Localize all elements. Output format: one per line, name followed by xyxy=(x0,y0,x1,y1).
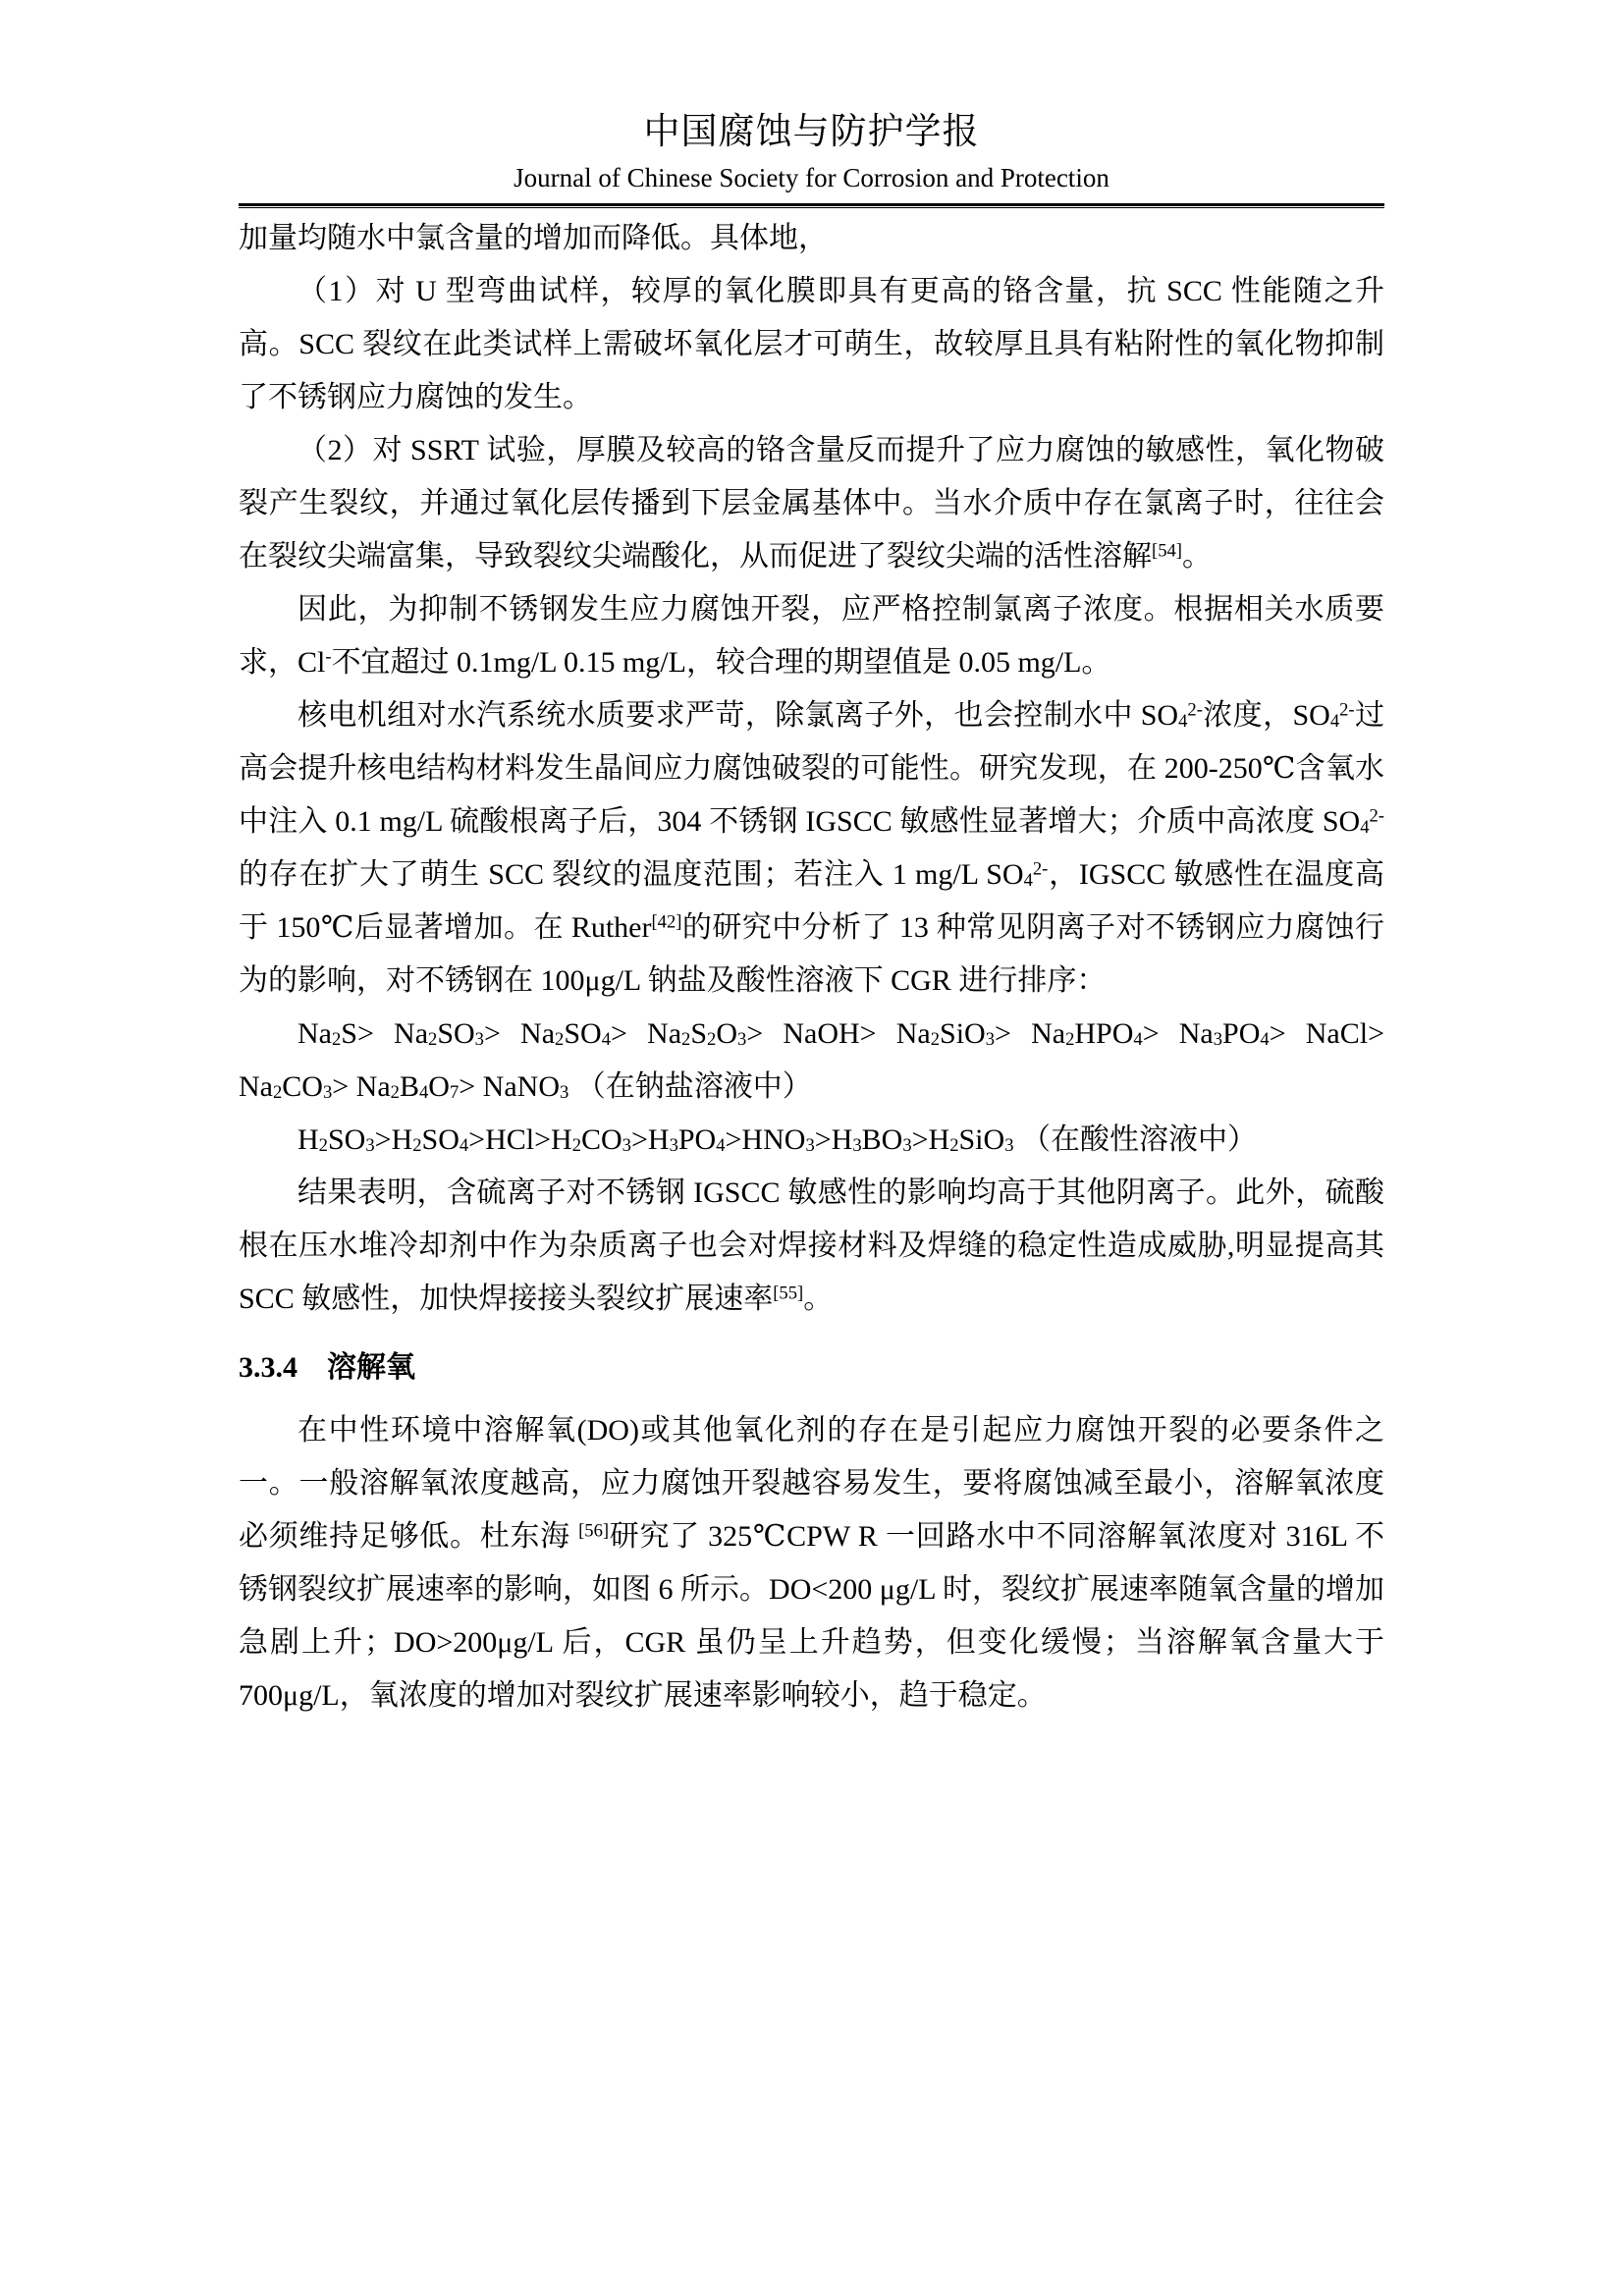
text-run: > Na xyxy=(1143,1017,1214,1050)
text-run: H xyxy=(298,1123,319,1156)
paragraph: 核电机组对水汽系统水质要求严苛，除氯离子外，也会控制水中 SO42-浓度，SO4… xyxy=(239,689,1384,1008)
text-run: BO xyxy=(862,1123,903,1156)
text-run: >H xyxy=(912,1123,950,1156)
subscript: 4 xyxy=(1260,1029,1269,1050)
text-run: 3.3.4 溶解氧 xyxy=(239,1351,415,1384)
subscript: 2 xyxy=(707,1029,716,1050)
text-run: HPO xyxy=(1074,1017,1133,1050)
subscript: 3 xyxy=(323,1082,332,1103)
subscript: 2 xyxy=(949,1135,958,1156)
paragraph: （2）对 SSRT 试验，厚膜及较高的铬含量反而提升了应力腐蚀的敏感性，氧化物破… xyxy=(239,424,1384,583)
text-run: > Na xyxy=(332,1070,390,1103)
text-run: Na xyxy=(298,1017,332,1050)
paragraph: H2SO3>H2SO4>HCl>H2CO3>H3PO4>HNO3>H3BO3>H… xyxy=(239,1114,1384,1167)
paragraph: Na2S> Na2SO3> Na2SO4> Na2S2O3> NaOH> Na2… xyxy=(239,1008,1384,1114)
text-run: （在钠盐溶液中） xyxy=(568,1070,812,1103)
subscript: 3 xyxy=(560,1082,568,1103)
subscript: 4 xyxy=(602,1029,611,1050)
subscript: 4 xyxy=(1024,870,1033,891)
subscript: 3 xyxy=(622,1135,631,1156)
superscript: [56] xyxy=(578,1521,609,1542)
text-run: 的存在扩大了萌生 SCC 裂纹的温度范围；若注入 1 mg/L SO xyxy=(239,858,1024,891)
text-run: >HNO xyxy=(726,1123,806,1156)
subscript: 3 xyxy=(1214,1029,1222,1050)
subscript: 2 xyxy=(681,1029,690,1050)
text-run: > NaOH> Na xyxy=(746,1017,930,1050)
subscript: 2 xyxy=(428,1029,437,1050)
text-run: > Na xyxy=(995,1017,1065,1050)
text-run: SiO xyxy=(959,1123,1005,1156)
text-run: CO xyxy=(581,1123,622,1156)
text-run: O xyxy=(716,1017,737,1050)
text-run: >H xyxy=(631,1123,670,1156)
subscript: 7 xyxy=(450,1082,459,1103)
paragraph: 结果表明，含硫离子对不锈钢 IGSCC 敏感性的影响均高于其他阴离子。此外，硫酸… xyxy=(239,1167,1384,1326)
superscript: 2- xyxy=(1339,700,1355,721)
text-run: > NaNO xyxy=(459,1070,560,1103)
superscript: 2- xyxy=(1187,700,1203,721)
section-heading: 3.3.4 溶解氧 xyxy=(239,1341,1384,1394)
text-run: 加量均随水中氯含量的增加而降低。具体地， xyxy=(239,222,828,254)
text-run: SO xyxy=(328,1123,365,1156)
text-run: PO xyxy=(678,1123,716,1156)
text-run: CO xyxy=(282,1070,323,1103)
text-run: （在酸性溶液中） xyxy=(1013,1123,1257,1156)
paragraph: 在中性环境中溶解氧(DO)或其他氧化剂的存在是引起应力腐蚀开裂的必要条件之一。一… xyxy=(239,1404,1384,1722)
text-run: 浓度，SO xyxy=(1203,699,1330,732)
text-run: O xyxy=(428,1070,450,1103)
text-run: SO xyxy=(564,1017,601,1050)
subscript: 2 xyxy=(391,1082,400,1103)
paragraph: （1）对 U 型弯曲试样，较厚的氧化膜即具有更高的铬含量，抗 SCC 性能随之升… xyxy=(239,265,1384,424)
subscript: 3 xyxy=(986,1029,995,1050)
subscript: 2 xyxy=(572,1135,581,1156)
text-run: 不宜超过 0.1mg/L 0.15 mg/L，较合理的期望值是 0.05 mg/… xyxy=(332,646,1111,679)
superscript: 2- xyxy=(1370,806,1385,827)
journal-title-chinese: 中国腐蚀与防护学报 xyxy=(0,110,1623,155)
subscript: 4 xyxy=(1178,711,1187,732)
subscript: 3 xyxy=(805,1135,814,1156)
text-run: SO xyxy=(422,1123,460,1156)
subscript: 4 xyxy=(419,1082,428,1103)
subscript: 3 xyxy=(902,1135,911,1156)
text-run: SO xyxy=(437,1017,474,1050)
subscript: 2 xyxy=(273,1082,282,1103)
text-run: S> Na xyxy=(341,1017,428,1050)
journal-header: 中国腐蚀与防护学报 Journal of Chinese Society for… xyxy=(0,0,1623,208)
subscript: 3 xyxy=(737,1029,746,1050)
text-run: 。 xyxy=(1182,540,1212,573)
paragraph: 加量均随水中氯含量的增加而降低。具体地， xyxy=(239,212,1384,265)
subscript: 4 xyxy=(716,1135,725,1156)
subscript: 3 xyxy=(475,1029,484,1050)
text-run: S xyxy=(690,1017,707,1050)
text-run: > Na xyxy=(611,1017,681,1050)
text-run: 。 xyxy=(803,1283,833,1315)
superscript: [42] xyxy=(651,912,681,933)
paragraph: 因此，为抑制不锈钢发生应力腐蚀开裂，应严格控制氯离子浓度。根据相关水质要求，Cl… xyxy=(239,583,1384,689)
document-body: 加量均随水中氯含量的增加而降低。具体地，（1）对 U 型弯曲试样，较厚的氧化膜即… xyxy=(239,212,1384,1722)
journal-title-english: Journal of Chinese Society for Corrosion… xyxy=(0,161,1623,194)
subscript: 2 xyxy=(319,1135,328,1156)
subscript: 2 xyxy=(412,1135,421,1156)
superscript: [54] xyxy=(1152,541,1182,562)
subscript: 2 xyxy=(1065,1029,1074,1050)
text-run: （1）对 U 型弯曲试样，较厚的氧化膜即具有更高的铬含量，抗 SCC 性能随之升… xyxy=(239,275,1384,413)
text-run: PO xyxy=(1222,1017,1260,1050)
subscript: 4 xyxy=(1360,817,1369,838)
text-run: 核电机组对水汽系统水质要求严苛，除氯离子外，也会控制水中 SO xyxy=(298,699,1178,732)
subscript: 3 xyxy=(365,1135,374,1156)
subscript: 2 xyxy=(931,1029,940,1050)
subscript: 3 xyxy=(852,1135,861,1156)
subscript: 3 xyxy=(670,1135,678,1156)
superscript: [55] xyxy=(773,1284,803,1304)
text-run: （2）对 SSRT 试验，厚膜及较高的铬含量反而提升了应力腐蚀的敏感性，氧化物破… xyxy=(239,434,1384,573)
subscript: 4 xyxy=(1133,1029,1142,1050)
header-divider xyxy=(239,203,1384,208)
subscript: 4 xyxy=(1330,711,1339,732)
superscript: 2- xyxy=(1033,859,1049,880)
text-run: >H xyxy=(815,1123,853,1156)
subscript: 2 xyxy=(555,1029,564,1050)
subscript: 2 xyxy=(332,1029,341,1050)
text-run: >H xyxy=(375,1123,413,1156)
subscript: 4 xyxy=(460,1135,468,1156)
text-run: >HCl>H xyxy=(468,1123,572,1156)
text-run: SiO xyxy=(940,1017,986,1050)
text-run: B xyxy=(400,1070,419,1103)
text-run: > Na xyxy=(484,1017,555,1050)
document-page: 中国腐蚀与防护学报 Journal of Chinese Society for… xyxy=(0,0,1623,2296)
